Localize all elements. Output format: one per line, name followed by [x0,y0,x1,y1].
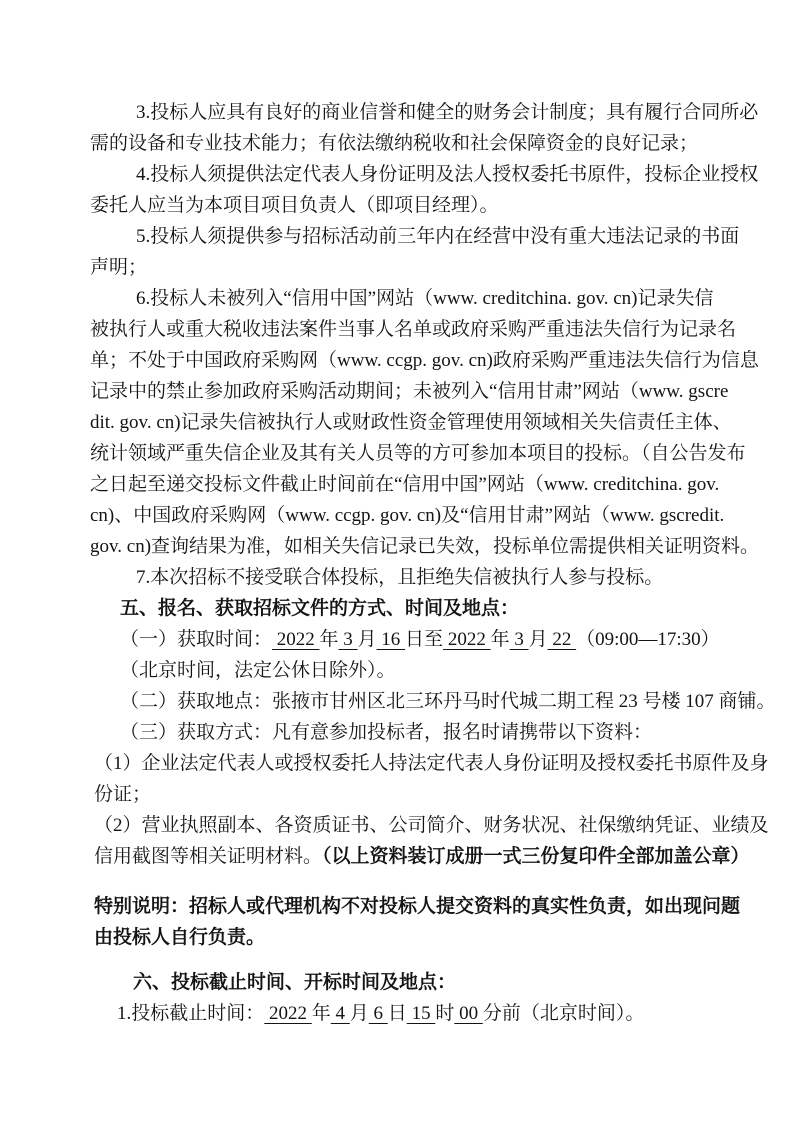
text-run: 声明； [90,257,147,278]
text-run: 年 [312,1003,331,1024]
clause-3-line-1: 3.投标人应具有良好的商业信誉和健全的财务会计制度；具有履行合同所必 [136,97,793,128]
tender-document-page: 3.投标人应具有良好的商业信誉和健全的财务会计制度；具有履行合同所必需的设备和专… [0,0,793,1122]
text-run: （09:00—17:30） [576,629,720,650]
item-one-time-line-1: （一）获取时间： 2022 年 3 月 16 日至 2022 年 3 月 22 … [120,624,793,655]
clause-6-line-6: 统计领域严重失信企业及其有关人员等的方可参加本项目的投标。（自公告发布 [90,438,793,469]
clause-5-line-2: 声明； [90,252,793,283]
text-run: 16 [377,629,406,650]
text-run: 六、投标截止时间、开标时间及地点： [133,972,456,993]
text-run: 之日起至递交投标文件截止时间前在“信用中国”网站（www. creditchin… [90,474,719,495]
clause-7-line-1: 7.本次招标不接受联合体投标，且拒绝失信被执行人参与投标。 [136,562,793,593]
clause-6-line-1: 6.投标人未被列入“信用中国”网站（www. creditchina. gov.… [136,283,793,314]
text-run: （二）获取地点：张掖市甘州区北三环丹马时代城二期工程 23 号楼 107 商铺。 [120,691,776,712]
text-run: （北京时间，法定公休日除外）。 [120,660,396,681]
text-run: （1）企业法定代表人或授权委托人持法定代表人身份证明及授权委托书原件及身 [94,753,769,774]
item-two-place: （二）获取地点：张掖市甘州区北三环丹马时代城二期工程 23 号楼 107 商铺。 [120,686,793,717]
text-run: 需的设备和专业技术能力；有依法缴纳税收和社会保障资金的良好记录； [90,133,698,154]
text-run: 特别说明：招标人或代理机构不对投标人提交资料的真实性负责，如出现问题 [94,896,740,917]
text-run: 6 [369,1003,388,1024]
text-run: dit. gov. cn)记录失信被执行人或财政性资金管理使用领域相关失信责任主… [90,412,732,433]
clause-6-line-7: 之日起至递交投标文件截止时间前在“信用中国”网站（www. creditchin… [90,469,793,500]
clause-6-line-3: 单；不处于中国政府采购网（www. ccgp. gov. cn)政府采购严重违法… [90,345,793,376]
text-run: 日至 [405,629,443,650]
text-run: 3 [510,629,529,650]
text-run: 月 [529,629,548,650]
clause-6-line-4: 记录中的禁止参加政府采购活动期间；未被列入“信用甘肃”网站（www. gscre [90,376,793,407]
clause-6-line-9: gov. cn)查询结果为准，如相关失信记录已失效，投标单位需提供相关证明资料。 [90,531,793,562]
text-run: （三）获取方式：凡有意参加投标者，报名时请携带以下资料： [120,722,652,743]
text-run: 份证； [94,784,151,805]
clause-4-line-2: 委托人应当为本项目项目负责人（即项目经理）。 [90,190,793,221]
text-run: 15 [407,1003,436,1024]
text-run: 6.投标人未被列入“信用中国”网站（www. creditchina. gov.… [136,288,713,309]
text-run: 年 [491,629,510,650]
text-run: 年 [320,629,339,650]
section-six-heading: 六、投标截止时间、开标时间及地点： [133,967,793,998]
clause-3-line-2: 需的设备和专业技术能力；有依法缴纳税收和社会保障资金的良好记录； [90,128,793,159]
text-run: 3 [339,629,358,650]
clause-6-line-8: cn)、中国政府采购网（www. ccgp. gov. cn)及“信用甘肃”网站… [90,500,793,531]
text-run: 日 [388,1003,407,1024]
material-2-line-2: 信用截图等相关证明材料。（以上资料装订成册一式三份复印件全部加盖公章） [94,841,793,872]
clause-6-line-2: 被执行人或重大税收违法案件当事人名单或政府采购严重违法失信行为记录名 [90,314,793,345]
text-run: 2022 [272,629,320,650]
material-1-line-2: 份证； [94,779,793,810]
text-run: 信用截图等相关证明材料。 [94,846,322,867]
text-run: 被执行人或重大税收违法案件当事人名单或政府采购严重违法失信行为记录名 [90,319,736,340]
text-run: 五、报名、获取招标文件的方式、时间及地点： [120,598,519,619]
text-run: gov. cn)查询结果为准，如相关失信记录已失效，投标单位需提供相关证明资料。 [90,536,759,557]
text-run: cn)、中国政府采购网（www. ccgp. gov. cn)及“信用甘肃”网站… [90,505,724,526]
clause-5-line-1: 5.投标人须提供参与招标活动前三年内在经营中没有重大违法记录的书面 [136,221,793,252]
material-2-line-1: （2）营业执照副本、各资质证书、公司简介、财务状况、社保缴纳凭证、业绩及 [94,810,793,841]
special-note-line-1: 特别说明：招标人或代理机构不对投标人提交资料的真实性负责，如出现问题 [94,891,793,922]
text-run: 3.投标人应具有良好的商业信誉和健全的财务会计制度；具有履行合同所必 [136,102,758,123]
text-run: 7.本次招标不接受联合体投标，且拒绝失信被执行人参与投标。 [136,567,663,588]
text-run: 4.投标人须提供法定代表人身份证明及法人授权委托书原件，投标企业授权 [136,164,758,185]
text-run: 时 [435,1003,454,1024]
text-run: 2022 [264,1003,312,1024]
item-three-method: （三）获取方式：凡有意参加投标者，报名时请携带以下资料： [120,717,793,748]
text-run: 由投标人自行负责。 [94,927,265,948]
text-run: （2）营业执照副本、各资质证书、公司简介、财务状况、社保缴纳凭证、业绩及 [94,815,769,836]
special-note-line-2: 由投标人自行负责。 [94,922,793,953]
bid-deadline-line: 1.投标截止时间： 2022 年 4 月 6 日 15 时 00 分前（北京时间… [117,998,793,1029]
item-one-time-line-2: （北京时间，法定公休日除外）。 [120,655,793,686]
clause-4-line-1: 4.投标人须提供法定代表人身份证明及法人授权委托书原件，投标企业授权 [136,159,793,190]
text-run: 记录中的禁止参加政府采购活动期间；未被列入“信用甘肃”网站（www. gscre [90,381,728,402]
text-run: 分前（北京时间）。 [483,1003,645,1024]
text-run: （一）获取时间： [120,629,272,650]
document-content: 3.投标人应具有良好的商业信誉和健全的财务会计制度；具有履行合同所必需的设备和专… [0,0,793,1029]
text-run: 委托人应当为本项目项目负责人（即项目经理）。 [90,195,499,216]
text-run: 月 [350,1003,369,1024]
material-1-line-1: （1）企业法定代表人或授权委托人持法定代表人身份证明及授权委托书原件及身 [94,748,793,779]
section-five-heading: 五、报名、获取招标文件的方式、时间及地点： [120,593,793,624]
text-run: 00 [454,1003,483,1024]
text-run: 1.投标截止时间： [117,1003,264,1024]
text-run: 统计领域严重失信企业及其有关人员等的方可参加本项目的投标。（自公告发布 [90,443,746,464]
text-run: 4 [331,1003,350,1024]
text-run: 22 [548,629,577,650]
text-run: 单；不处于中国政府采购网（www. ccgp. gov. cn)政府采购严重违法… [90,350,759,371]
clause-6-line-5: dit. gov. cn)记录失信被执行人或财政性资金管理使用领域相关失信责任主… [90,407,793,438]
text-run: 月 [358,629,377,650]
text-run: 5.投标人须提供参与招标活动前三年内在经营中没有重大违法记录的书面 [136,226,739,247]
text-run: 2022 [443,629,491,650]
text-run: （以上资料装订成册一式三份复印件全部加盖公章） [322,846,750,867]
